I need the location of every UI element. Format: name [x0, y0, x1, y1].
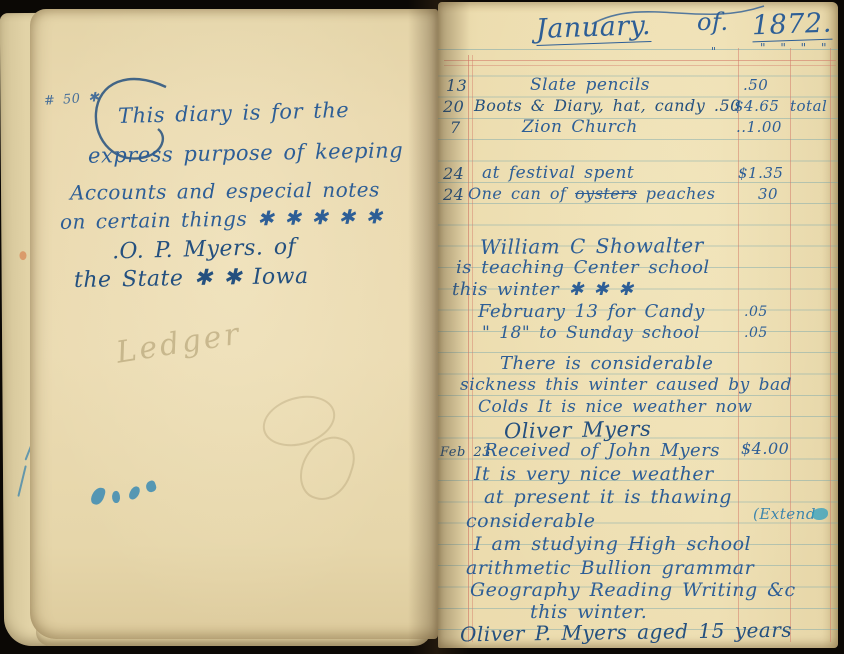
signature: Oliver P. Myers aged 15 years — [460, 620, 792, 645]
entry-date: 24 — [443, 166, 464, 182]
extend-note: (Extend — [753, 507, 816, 522]
entry-amount: .05 — [744, 326, 768, 340]
inscription-line: on certain things ✱ ✱ ✱ ✱ ✱ — [60, 206, 383, 232]
header-swash-icon — [588, 2, 768, 28]
note-line: " 18" to Sunday school — [482, 325, 700, 342]
ink-smudge — [111, 490, 121, 503]
entry-amount: 30 — [758, 187, 778, 202]
entry-date: 20 — [443, 99, 464, 115]
entry-description: at festival spent — [482, 165, 634, 182]
struck-word: oysters — [575, 184, 637, 203]
ledger-right-page: January. of. 1872. " " " " " 13 Slate pe… — [438, 2, 838, 648]
note-line: February 13 for Candy — [478, 303, 705, 321]
entry-amount: $4.65 — [734, 99, 779, 114]
diary-scan: # 50 ✱ This diary is for the express pur… — [0, 0, 844, 654]
owner-signature: .O. P. Myers. of — [112, 237, 297, 264]
note-line: considerable — [466, 512, 595, 531]
ink-dot — [19, 251, 26, 260]
receipt-text: Received of John Myers — [484, 442, 720, 460]
note-line: is teaching Center school — [456, 259, 710, 277]
ink-smudge — [144, 480, 157, 494]
ghost-pencil-text: Ledger — [114, 319, 243, 368]
entry-description: Boots & Diary, hat, candy .50 — [474, 98, 741, 114]
entry-description: One can of oysters peaches — [468, 186, 715, 202]
note-line: William C Showalter — [480, 235, 704, 257]
note-line: There is considerable — [500, 355, 713, 373]
description-part: peaches — [637, 184, 715, 203]
entry-description: Zion Church — [522, 119, 638, 136]
header-tick-mark: " — [711, 46, 717, 57]
note-line: arithmetic Bullion grammar — [466, 559, 754, 578]
ink-smudge — [128, 485, 142, 501]
entry-amount: .05 — [744, 305, 768, 319]
entry-amount: .50 — [743, 78, 768, 93]
state-line: the State ✱ ✱ Iowa — [74, 266, 309, 292]
diary-left-page: # 50 ✱ This diary is for the express pur… — [30, 9, 438, 639]
header-ditto-marks: " " " " — [760, 42, 831, 54]
ink-smudge — [90, 486, 107, 507]
inscription-line: This diary is for the — [118, 100, 350, 127]
entry-description: Slate pencils — [530, 77, 650, 94]
entry-amount: $1.35 — [738, 166, 783, 181]
note-line: this winter ✱ ✱ ✱ — [452, 281, 634, 299]
note-line: I am studying High school — [474, 535, 751, 554]
amount-column-line — [790, 48, 791, 642]
entry-date: 24 — [443, 187, 464, 203]
note-line: sickness this winter caused by bad — [460, 377, 792, 394]
entry-amount: $4.00 — [741, 441, 789, 457]
entry-amount: ..1.00 — [736, 120, 782, 135]
inscription-line: express purpose of keeping — [88, 140, 404, 166]
note-line: Colds It is nice weather now — [478, 399, 752, 416]
signature: Oliver Myers — [504, 419, 652, 443]
inscription-line: Accounts and especial notes — [70, 179, 380, 202]
entry-date: 13 — [446, 78, 467, 94]
margin-red-line — [468, 55, 473, 642]
note-line: It is very nice weather — [474, 465, 714, 484]
entry-date: 7 — [450, 120, 461, 136]
note-line: at present it is thawing — [484, 488, 732, 507]
note-line: Geography Reading Writing &c — [470, 581, 796, 600]
description-part: One can of — [468, 184, 575, 203]
margin-scribble — [17, 465, 26, 497]
amount-column-line — [830, 48, 831, 642]
entry-extra: total — [790, 99, 827, 114]
